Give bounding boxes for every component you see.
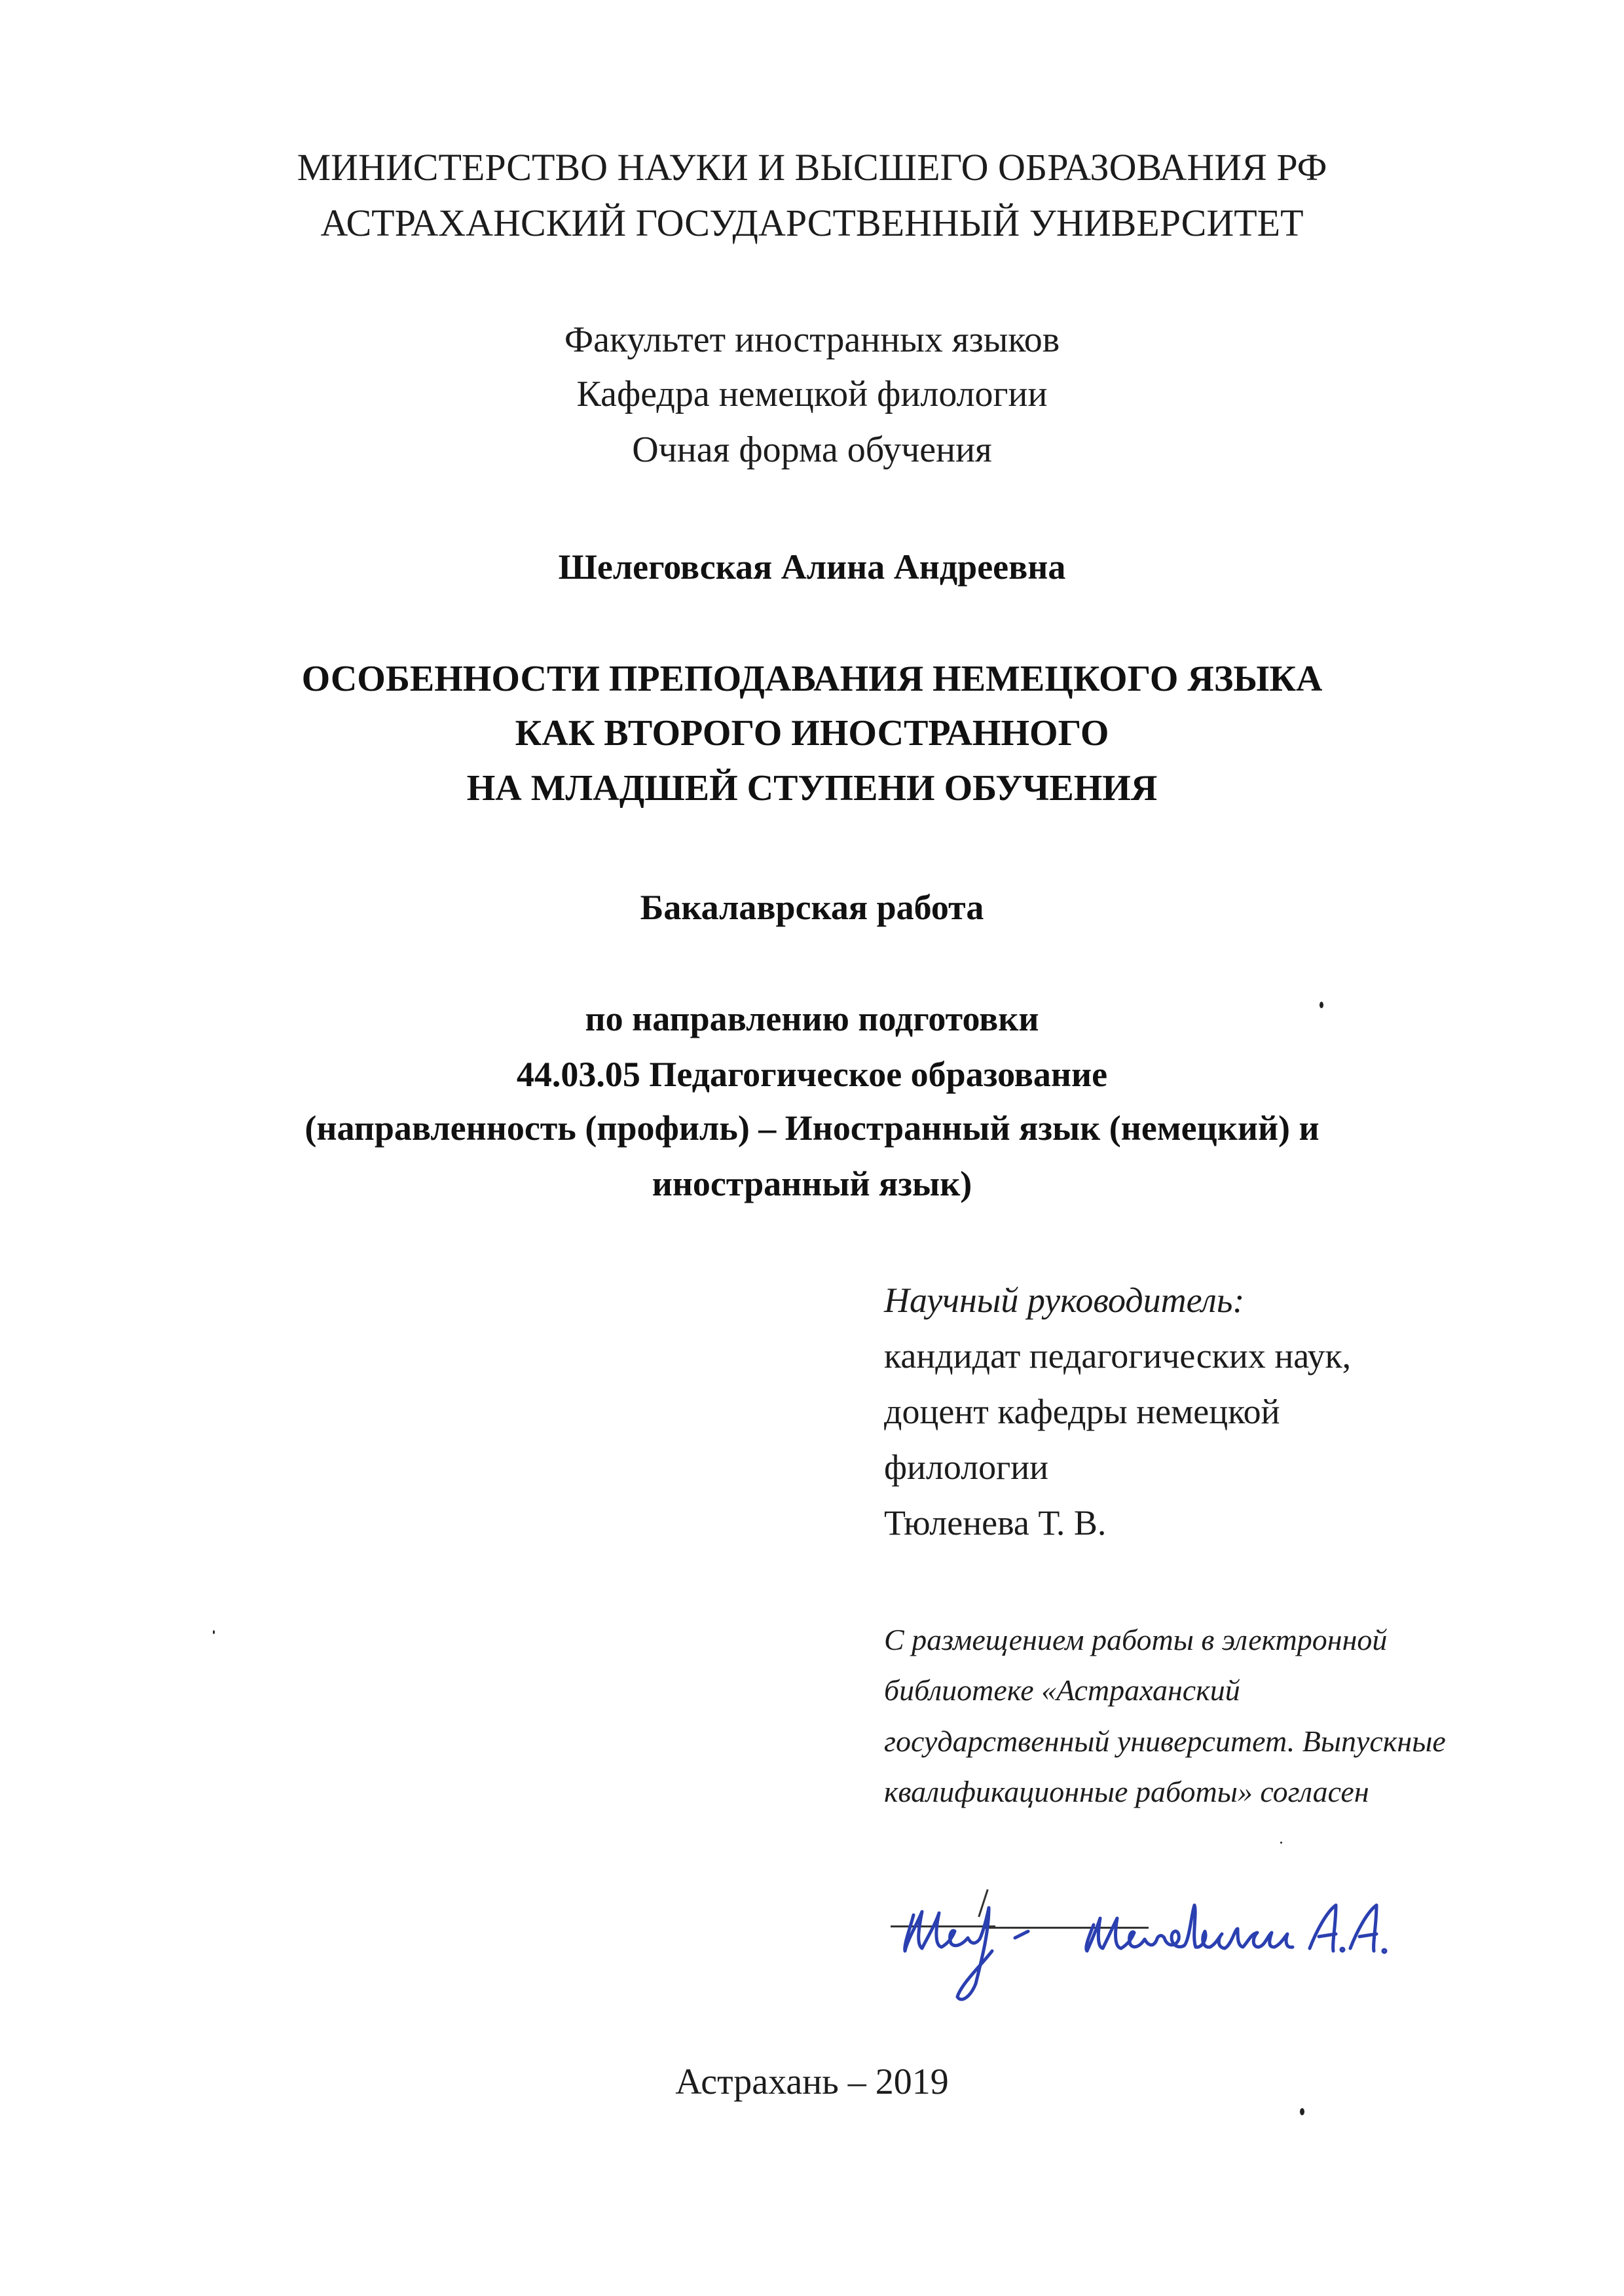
ministry-name: МИНИСТЕРСТВО НАУКИ И ВЫСШЕГО ОБРАЗОВАНИЯ…: [0, 145, 1624, 189]
direction-line-3: (направленность (профиль) – Иностранный …: [0, 1108, 1624, 1148]
scan-speck: [1300, 2108, 1304, 2115]
supervisor-position-line-1: доцент кафедры немецкой: [884, 1391, 1280, 1432]
consent-line-4: квалификационные работы» согласен: [884, 1774, 1369, 1809]
supervisor-label: Научный руководитель:: [884, 1280, 1244, 1321]
direction-line-2: 44.03.05 Педагогическое образование: [0, 1054, 1624, 1095]
faculty-name: Факультет иностранных языков: [0, 319, 1624, 361]
study-form: Очная форма обучения: [0, 429, 1624, 471]
thesis-title-line-3: НА МЛАДШЕЙ СТУПЕНИ ОБУЧЕНИЯ: [0, 767, 1624, 809]
scan-speck: [1319, 1002, 1323, 1008]
direction-line-1: по направлению подготовки: [0, 998, 1624, 1039]
direction-line-4: иностранный язык): [0, 1163, 1624, 1204]
department-name: Кафедра немецкой филологии: [0, 373, 1624, 415]
consent-line-1: С размещением работы в электронной: [884, 1622, 1387, 1657]
work-type: Бакалаврская работа: [0, 887, 1624, 928]
scan-speck: [1280, 1842, 1282, 1844]
supervisor-degree: кандидат педагогических наук,: [884, 1336, 1351, 1376]
author-name: Шелеговская Алина Андреевна: [0, 547, 1624, 587]
consent-line-3: государственный университет. Выпускные: [884, 1724, 1446, 1758]
supervisor-name: Тюленева Т. В.: [884, 1503, 1106, 1543]
supervisor-position-line-2: филологии: [884, 1447, 1048, 1487]
university-name: АСТРАХАНСКИЙ ГОСУДАРСТВЕННЫЙ УНИВЕРСИТЕТ: [0, 201, 1624, 245]
handwritten-signature: [884, 1866, 1604, 2010]
thesis-title-line-2: КАК ВТОРОГО ИНОСТРАННОГО: [0, 712, 1624, 754]
thesis-title-line-1: ОСОБЕННОСТИ ПРЕПОДАВАНИЯ НЕМЕЦКОГО ЯЗЫКА: [0, 658, 1624, 700]
consent-line-2: библиотеке «Астраханский: [884, 1673, 1240, 1707]
city-year: Астрахань – 2019: [0, 2061, 1624, 2103]
scan-speck: [213, 1630, 215, 1634]
